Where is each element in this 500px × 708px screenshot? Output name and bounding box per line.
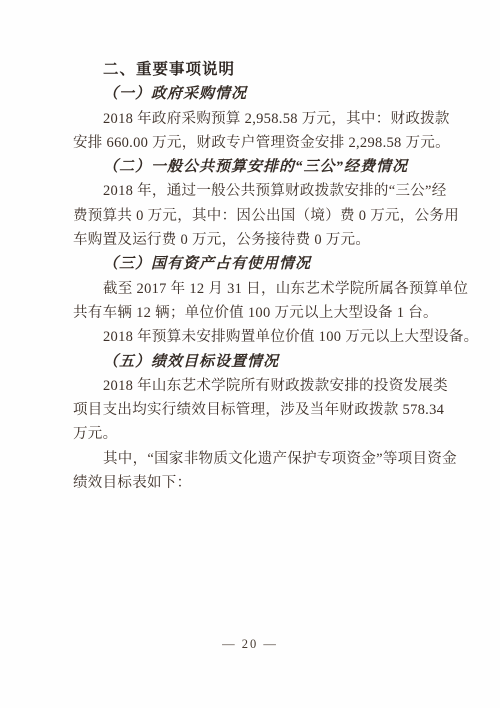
text-line: 安排 660.00 万元，财政专户管理资金安排 2,298.58 万元。 [73, 131, 443, 155]
text-line: 共有车辆 12 辆；单位价值 100 万元以上大型设备 1 台。 [73, 301, 443, 325]
text-line: 项目支出均实行绩效目标管理，涉及当年财政拨款 578.34 [73, 398, 443, 422]
subsection-heading-3: （三）国有资产占有使用情况 [73, 252, 443, 276]
text-line: 万元。 [73, 422, 443, 446]
text-line: 费预算共 0 万元，其中：因公出国（境）费 0 万元，公务用 [73, 204, 443, 228]
document-page: 二、重要事项说明 （一）政府采购情况 2018 年政府采购预算 2,958.58… [0, 0, 500, 708]
text-line: 车购置及运行费 0 万元，公务接待费 0 万元。 [73, 228, 443, 252]
document-text-block: 二、重要事项说明 （一）政府采购情况 2018 年政府采购预算 2,958.58… [73, 58, 443, 495]
subsection-heading-1: （一）政府采购情况 [73, 82, 443, 106]
text-line: 截至 2017 年 12 月 31 日，山东艺术学院所属各预算单位 [73, 277, 443, 301]
text-line: 2018 年政府采购预算 2,958.58 万元，其中：财政拨款 [73, 107, 443, 131]
text-line: 2018 年，通过一般公共预算财政拨款安排的“三公”经 [73, 179, 443, 203]
text-line: 其中，“国家非物质文化遗产保护专项资金”等项目资金 [73, 447, 443, 471]
section-heading: 二、重要事项说明 [73, 58, 443, 82]
page-number: — 20 — [0, 637, 500, 652]
text-line: 绩效目标表如下： [73, 471, 443, 495]
subsection-heading-5: （五）绩效目标设置情况 [73, 350, 443, 374]
text-line: 2018 年预算未安排购置单位价值 100 万元以上大型设备。 [73, 325, 443, 349]
subsection-heading-2: （二）一般公共预算安排的“三公”经费情况 [73, 155, 443, 179]
text-line: 2018 年山东艺术学院所有财政拨款安排的投资发展类 [73, 374, 443, 398]
